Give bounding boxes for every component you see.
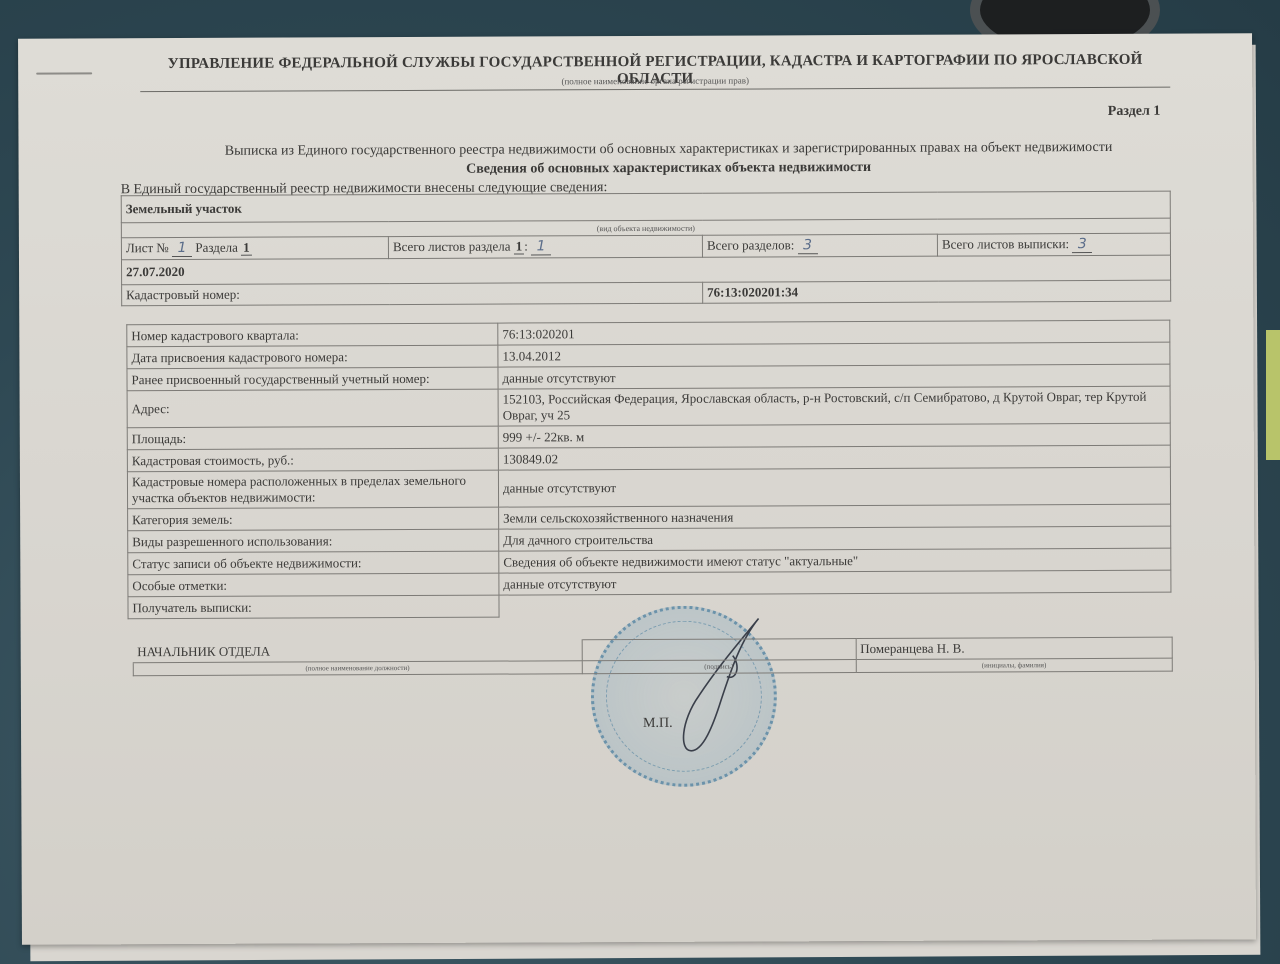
property-label: Получатель выписки: [128, 595, 499, 619]
property-value: Для дачного строительства [499, 526, 1171, 551]
signature-cell [582, 639, 856, 661]
sheet-number-label: Лист № [126, 240, 169, 255]
total-sheets-cell: Всего листов выписки: 3 [937, 233, 1170, 256]
sheet-number-cell: Лист № 1 Раздела 1 [121, 237, 388, 260]
document-title: Выписка из Единого государственного реес… [118, 139, 1218, 160]
total-sheets-value: 3 [1072, 236, 1092, 253]
property-label: Категория земель: [128, 507, 499, 531]
cadastral-number: 76:13:020201:34 [703, 280, 1171, 303]
background-object [1266, 330, 1280, 460]
property-value [499, 592, 1171, 617]
total-sections-value: 3 [798, 237, 818, 254]
signer-name: Померанцева Н. В. [856, 637, 1173, 659]
staple-mark [36, 72, 92, 74]
property-value: данные отсутствуют [498, 364, 1170, 389]
signature-caption: (подпись) [582, 660, 856, 674]
property-value: Сведения об объекте недвижимости имеют с… [499, 548, 1171, 573]
property-label: Кадастровые номера расположенных в преде… [127, 470, 498, 509]
document-page: УПРАВЛЕНИЕ ФЕДЕРАЛЬНОЙ СЛУЖБЫ ГОСУДАРСТВ… [18, 33, 1256, 944]
seal-label: М.П. [643, 716, 673, 732]
property-value: данные отсутствуют [499, 570, 1171, 595]
position-caption: (полное наименование должности) [133, 661, 582, 676]
total-sections-label: Всего разделов: [707, 237, 794, 252]
property-row: Адрес:152103, Российская Федерация, Ярос… [127, 386, 1170, 428]
section-of-label: Раздела [195, 240, 238, 255]
property-label: Площадь: [127, 426, 498, 450]
signer-name-caption: (инициалы, фамилия) [856, 658, 1173, 672]
property-label: Адрес: [127, 389, 498, 428]
total-sections-cell: Всего разделов: 3 [702, 234, 937, 257]
property-label: Номер кадастрового квартала: [127, 323, 498, 347]
properties-table: Номер кадастрового квартала:76:13:020201… [126, 320, 1171, 620]
property-value: Земли сельскохозяйственного назначения [499, 504, 1171, 529]
total-sheets-label: Всего листов выписки: [942, 236, 1069, 252]
property-label: Виды разрешенного использования: [128, 529, 499, 553]
property-value: 999 +/- 22кв. м [498, 423, 1170, 448]
property-label: Ранее присвоенный государственный учетны… [127, 367, 498, 391]
property-row: Кадастровые номера расположенных в преде… [127, 467, 1170, 509]
property-value: 130849.02 [498, 445, 1170, 470]
property-value: 76:13:020201 [498, 320, 1170, 345]
signature-table: НАЧАЛЬНИК ОТДЕЛА Померанцева Н. В. (полн… [133, 637, 1173, 677]
section-label: Раздел 1 [1108, 104, 1161, 120]
property-label: Статус записи об объекте недвижимости: [128, 551, 499, 575]
property-label: Кадастровая стоимость, руб.: [127, 448, 498, 472]
sheet-number-value: 1 [172, 240, 192, 257]
cadastral-number-label: Кадастровый номер: [122, 282, 703, 306]
signature-mark [641, 610, 782, 761]
sheets-in-section-value: 1 [531, 238, 551, 255]
sheets-in-section-section: 1 [514, 238, 525, 254]
property-label: Дата присвоения кадастрового номера: [127, 345, 498, 369]
sheets-in-section-cell: Всего листов раздела 1: 1 [388, 235, 702, 258]
property-label: Особые отметки: [128, 573, 499, 597]
document-subtitle: Сведения об основных характеристиках объ… [119, 158, 1219, 179]
property-value: 152103, Российская Федерация, Ярославска… [498, 386, 1170, 426]
section-of-value: 1 [241, 240, 252, 256]
position-title: НАЧАЛЬНИК ОТДЕЛА [133, 640, 582, 663]
property-value: данные отсутствуют [498, 467, 1170, 507]
object-header-table: Земельный участок (вид объекта недвижимо… [121, 191, 1171, 307]
property-value: 13.04.2012 [498, 342, 1170, 367]
sheets-in-section-label: Всего листов раздела [393, 239, 511, 255]
